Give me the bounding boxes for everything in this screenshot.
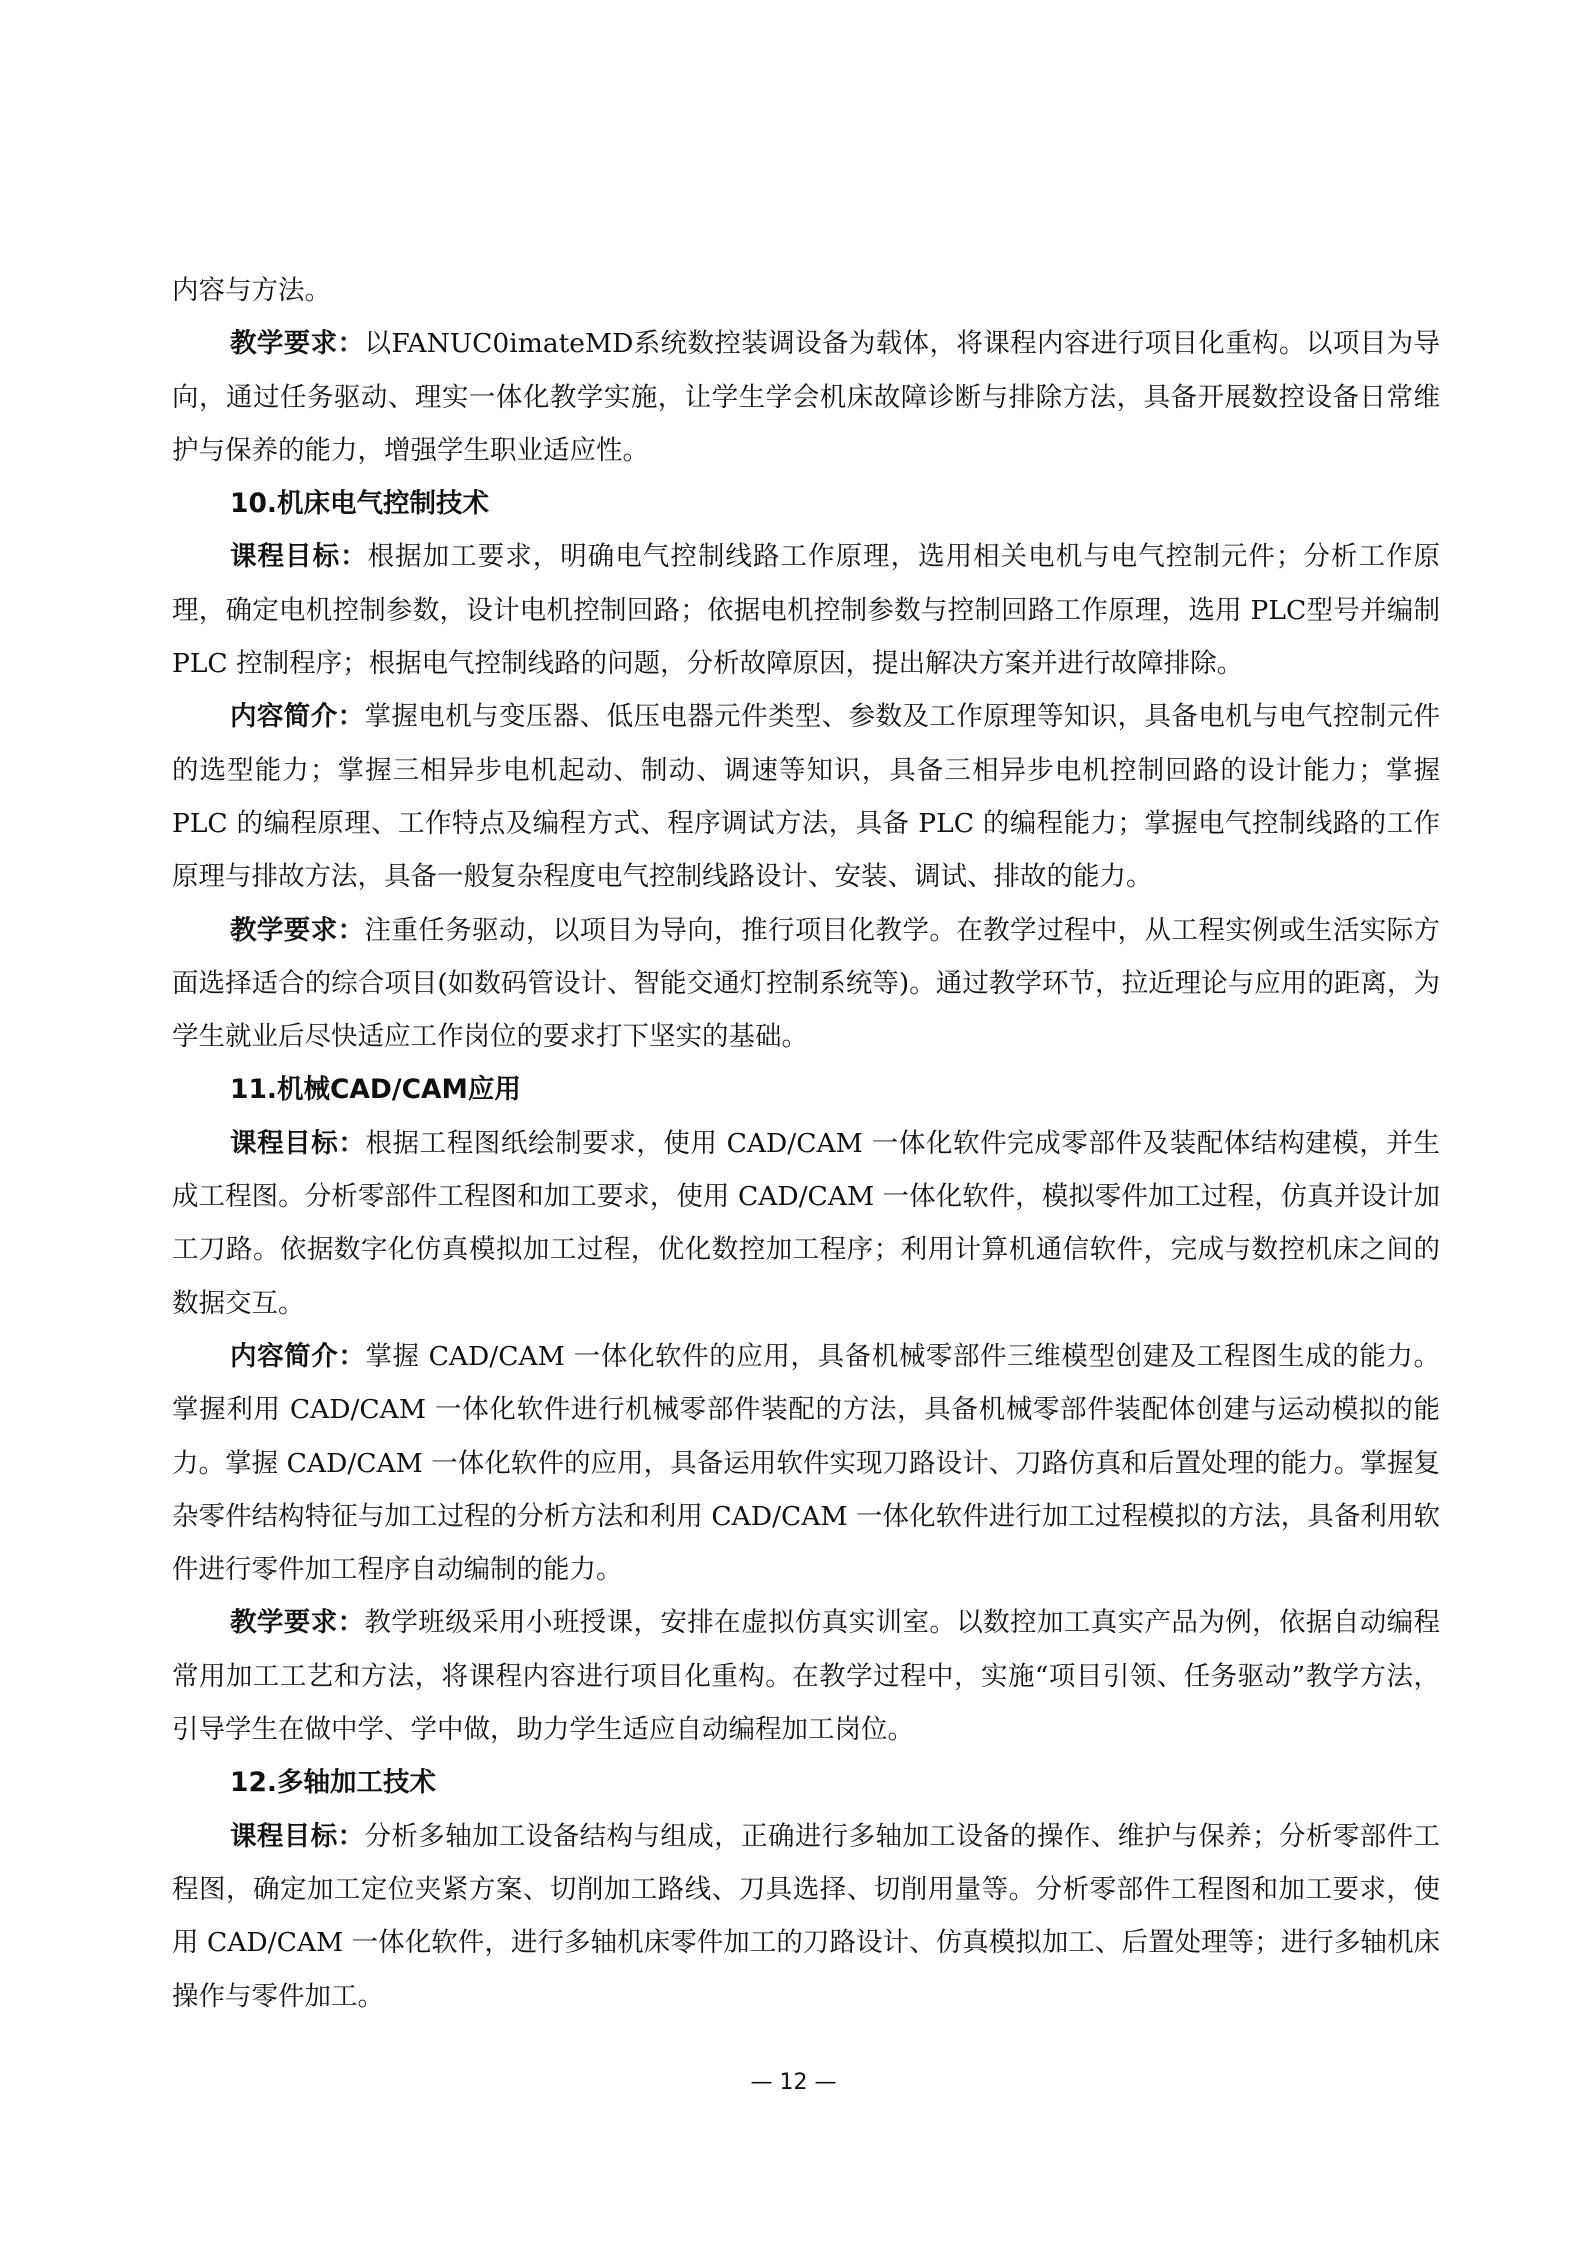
paragraph-label: 教学要求：: [230, 328, 364, 359]
paragraph-label: 课程目标：: [230, 1821, 365, 1852]
continuation-text: 内容与方法。: [172, 264, 1440, 317]
paragraph-label: 教学要求：: [230, 915, 365, 946]
page-number: — 12 —: [0, 2070, 1587, 2095]
intro-requirement-paragraph: 教学要求：以FANUC0imateMD系统数控装调设备为载体，将课程内容进行项目…: [172, 317, 1440, 477]
section-11-requirement: 教学要求：教学班级采用小班授课，安排在虚拟仿真实训室。以数控加工真实产品为例，依…: [172, 1596, 1440, 1756]
paragraph-label: 课程目标：: [230, 1128, 365, 1159]
document-body: 内容与方法。 教学要求：以FANUC0imateMD系统数控装调设备为载体，将课…: [172, 264, 1440, 2023]
section-10-requirement: 教学要求：注重任务驱动，以项目为导向，推行项目化教学。在教学过程中，从工程实例或…: [172, 904, 1440, 1064]
paragraph-label: 教学要求：: [230, 1607, 365, 1638]
paragraph-label: 内容简介：: [230, 1341, 365, 1372]
section-heading-10: 10.机床电气控制技术: [172, 477, 1440, 530]
section-10-objective: 课程目标：根据加工要求，明确电气控制线路工作原理，选用相关电机与电气控制元件；分…: [172, 530, 1440, 690]
section-11-objective: 课程目标：根据工程图纸绘制要求，使用 CAD/CAM 一体化软件完成零部件及装配…: [172, 1117, 1440, 1330]
paragraph-label: 内容简介：: [230, 701, 365, 732]
section-11-content: 内容简介：掌握 CAD/CAM 一体化软件的应用，具备机械零部件三维模型创建及工…: [172, 1330, 1440, 1596]
paragraph-text: 掌握 CAD/CAM 一体化软件的应用，具备机械零部件三维模型创建及工程图生成的…: [172, 1341, 1440, 1585]
section-12-objective: 课程目标：分析多轴加工设备结构与组成，正确进行多轴加工设备的操作、维护与保养；分…: [172, 1810, 1440, 2023]
section-10-content: 内容简介：掌握电机与变压器、低压电器元件类型、参数及工作原理等知识，具备电机与电…: [172, 690, 1440, 903]
paragraph-label: 课程目标：: [230, 541, 368, 572]
section-heading-12: 12.多轴加工技术: [172, 1756, 1440, 1809]
section-heading-11: 11.机械CAD/CAM应用: [172, 1063, 1440, 1116]
